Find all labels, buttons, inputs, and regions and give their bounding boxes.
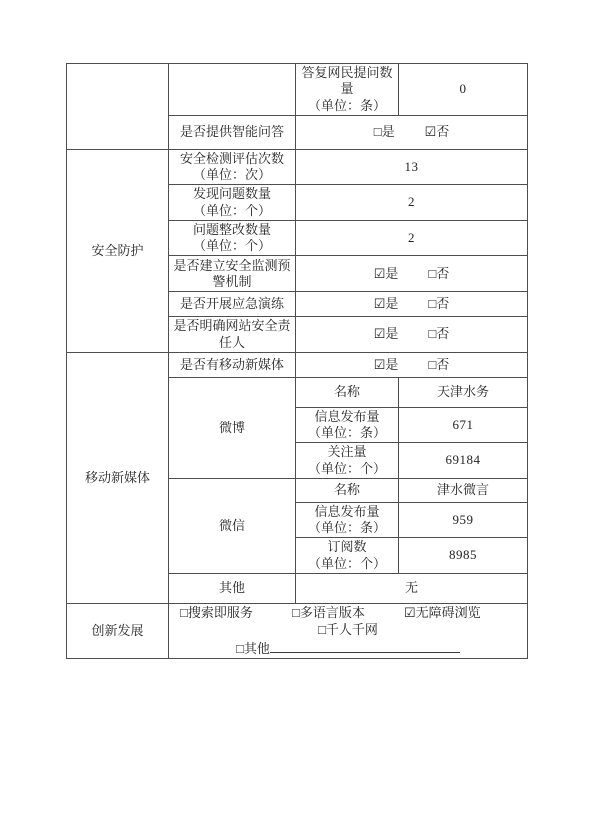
innovation-options-row3: □其他	[172, 639, 524, 658]
section-mobile-media-cell: 移动新媒体	[67, 352, 169, 603]
wechat-group-cell: 微信	[169, 478, 296, 573]
wechat-name-value-cell: 津水微言	[399, 478, 528, 502]
checkbox-monitor-no: □否	[428, 266, 449, 282]
checkbox-owner-yes: ☑是	[374, 326, 399, 342]
weibo-posts-label-cell: 信息发布量 （单位：条）	[296, 407, 399, 443]
issues-found-label-cell: 发现问题数量 （单位：个）	[169, 185, 296, 221]
weibo-followers-value-cell: 69184	[399, 443, 528, 479]
document-page: 答复网民提问数量 （单位：条） 0 是否提供智能问答 □是☑否 安全防护 安全检…	[0, 0, 592, 836]
empty-group-cell	[67, 64, 169, 150]
has-mobile-media-label-cell: 是否有移动新媒体	[169, 352, 296, 377]
monitor-mechanism-label-cell: 是否建立安全监测预警机制	[169, 256, 296, 292]
annual-report-table: 答复网民提问数量 （单位：条） 0 是否提供智能问答 □是☑否 安全防护 安全检…	[66, 63, 528, 659]
reply-count-value-cell: 0	[399, 64, 528, 116]
weibo-name-value-cell: 天津水务	[399, 377, 528, 407]
checkbox-owner-no: □否	[428, 326, 449, 342]
checkbox-has-media-yes: ☑是	[374, 357, 399, 373]
wechat-posts-label-cell: 信息发布量 （单位：条）	[296, 502, 399, 538]
has-mobile-media-choices-cell: ☑是□否	[296, 352, 528, 377]
empty-subgroup-cell	[169, 64, 296, 116]
wechat-name-label-cell: 名称	[296, 478, 399, 502]
issues-fixed-value-cell: 2	[296, 220, 528, 256]
other-media-value-cell: 无	[296, 573, 528, 603]
checkbox-drill-yes: ☑是	[374, 296, 399, 312]
security-assess-label-cell: 安全检测评估次数 （单位：次）	[169, 149, 296, 185]
checkbox-search-service: □搜索即服务	[180, 605, 292, 622]
section-innovation-cell: 创新发展	[67, 603, 169, 659]
monitor-mechanism-choices-cell: ☑是□否	[296, 256, 528, 292]
checkbox-other-option: □其他	[236, 641, 270, 656]
checkbox-has-media-no: □否	[428, 357, 449, 373]
issues-fixed-label-cell: 问题整改数量 （单位：个）	[169, 220, 296, 256]
checkbox-monitor-yes: ☑是	[374, 266, 399, 282]
security-assess-value-cell: 13	[296, 149, 528, 185]
weibo-name-label-cell: 名称	[296, 377, 399, 407]
smart-qa-choices-cell: □是☑否	[296, 115, 528, 149]
security-owner-label-cell: 是否明确网站安全责任人	[169, 317, 296, 353]
checkbox-accessibility: ☑无障碍浏览	[404, 605, 516, 622]
smart-qa-label-cell: 是否提供智能问答	[169, 115, 296, 149]
fill-in-blank-line	[270, 639, 460, 653]
innovation-options-cell: □搜索即服务□多语言版本☑无障碍浏览 □千人千网 □其他	[169, 603, 528, 659]
checkbox-smart-qa-no: ☑否	[425, 124, 450, 140]
weibo-posts-value-cell: 671	[399, 407, 528, 443]
wechat-subscribers-value-cell: 8985	[399, 538, 528, 574]
section-security-cell: 安全防护	[67, 149, 169, 352]
security-owner-choices-cell: ☑是□否	[296, 317, 528, 353]
checkbox-multilang: □多语言版本	[292, 605, 404, 622]
checkbox-smart-qa-yes: □是	[374, 124, 395, 140]
checkbox-qianren-qianwang: □千人千网	[318, 622, 378, 637]
weibo-followers-label-cell: 关注量 （单位：个）	[296, 443, 399, 479]
emergency-drill-choices-cell: ☑是□否	[296, 292, 528, 317]
weibo-group-cell: 微博	[169, 377, 296, 478]
reply-count-label-cell: 答复网民提问数量 （单位：条）	[296, 64, 399, 116]
checkbox-drill-no: □否	[428, 296, 449, 312]
innovation-options-row2: □千人千网	[172, 622, 524, 639]
innovation-options-row1: □搜索即服务□多语言版本☑无障碍浏览	[172, 605, 524, 622]
other-media-label-cell: 其他	[169, 573, 296, 603]
wechat-subscribers-label-cell: 订阅数 （单位：个）	[296, 538, 399, 574]
issues-found-value-cell: 2	[296, 185, 528, 221]
emergency-drill-label-cell: 是否开展应急演练	[169, 292, 296, 317]
wechat-posts-value-cell: 959	[399, 502, 528, 538]
